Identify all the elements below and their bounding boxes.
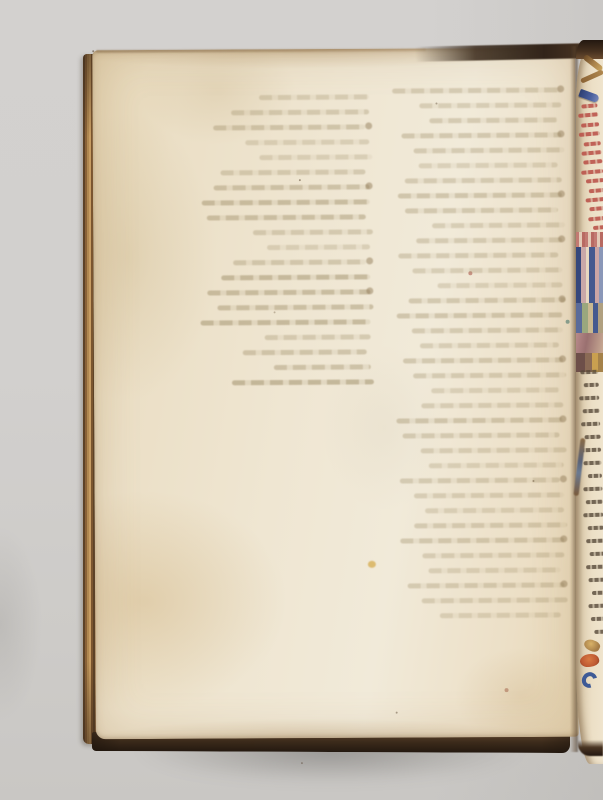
rubric-lines [574,103,603,236]
showthrough-left [192,94,371,395]
blue-dart-flourish-icon [578,89,600,103]
manuscript-photograph [0,0,603,800]
orange-curl-flourish-icon [579,652,601,669]
miniature-fragment-band [576,247,603,303]
miniature-fragment-band [576,232,603,247]
blue-crescent-flourish-icon [579,669,600,690]
miniature-fragment-band [576,333,603,353]
yellow-wax-stain [368,561,376,568]
backdrop-shading-left [0,520,70,780]
ink-specks [92,50,94,52]
miniature-fragment-band [576,303,603,333]
showthrough-right [383,87,565,628]
recto-text-lines [577,370,603,644]
gold-flourish-icon [580,69,603,83]
recto-fore-edge-sliver [576,40,603,764]
